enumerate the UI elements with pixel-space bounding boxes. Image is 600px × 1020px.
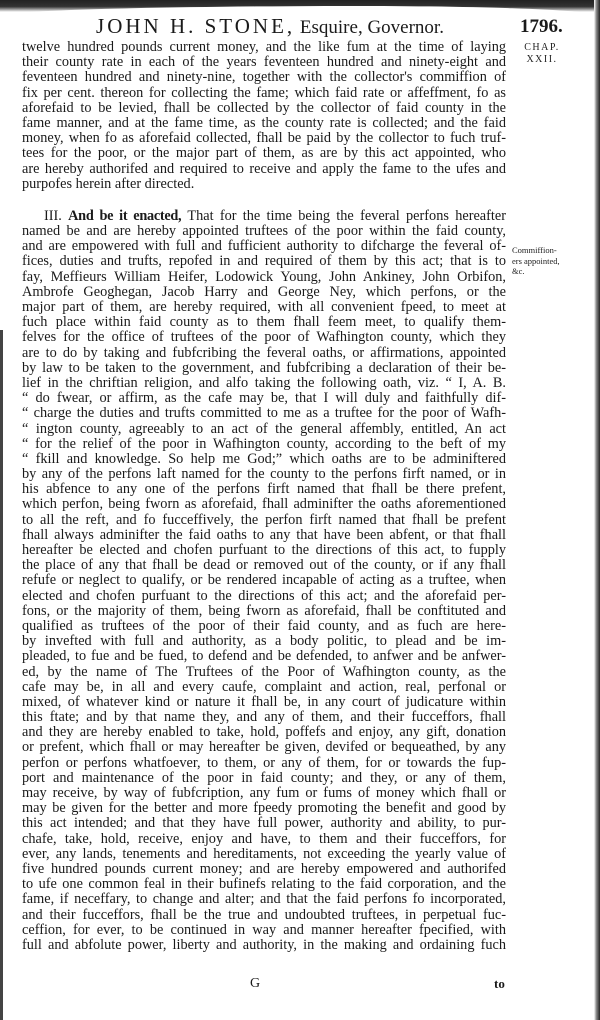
text-line: major part of them, are hereby required,… [22, 300, 506, 315]
text-line: “ for the relief of the poor in Wafhingt… [22, 437, 506, 452]
text-line: five hundred pounds current money; and a… [22, 862, 506, 877]
text-line: this ftate; and by that name they, and a… [22, 710, 506, 725]
text-line: full and abfolute power, liberty and aut… [22, 938, 506, 953]
text-line: port and maintenance of the poor in faid… [22, 771, 506, 786]
text-line: feventeen hundred and ninety-nine, toget… [22, 70, 506, 85]
section-opening-text: That for the time being the feveral perf… [181, 208, 506, 224]
text-line: fay, Meffieurs William Heifer, Lodowick … [22, 270, 506, 285]
text-line: lief in the chriftian religion, and alfo… [22, 376, 506, 391]
body-text: twelve hundred pounds current money, and… [22, 40, 506, 953]
text-line: may be given for the better and more fpe… [22, 801, 506, 816]
text-line: chafe, take, hold, receive, enjoy and ha… [22, 832, 506, 847]
text-line: “ charge the duties and trufts committed… [22, 406, 506, 421]
text-line: by any of the perfons laft named for the… [22, 467, 506, 482]
text-line: tees for the poor, or the major part of … [22, 146, 506, 161]
text-line: the place of any that fhall be dead or r… [22, 558, 506, 573]
text-line: mixed, of whatever kind or nature it fha… [22, 695, 506, 710]
text-line: money, when fo as aforefaid collected, f… [22, 131, 506, 146]
text-line: ceffion, for ever, to be continued in wa… [22, 923, 506, 938]
text-line: fices, duties and trufts, repofed in and… [22, 254, 506, 269]
text-line: by invefted with full and authority, as … [22, 634, 506, 649]
margin-note-line: Commiffion- [512, 245, 582, 256]
text-line: to ufe one common feal in their bufinefs… [22, 877, 506, 892]
text-line: refufe or neglect to qualify, or be rend… [22, 573, 506, 588]
text-line: ever, any lands, tenements and hereditam… [22, 847, 506, 862]
text-line: named be and are hereby appointed trufte… [22, 224, 506, 239]
text-line: “ do fwear, or affirm, as the cafe may b… [22, 391, 506, 406]
text-line: or prefent, which fhall or may hereafter… [22, 740, 506, 755]
page-year: 1796. [520, 16, 563, 38]
text-line: “ fkill and knowledge. So help me God;” … [22, 452, 506, 467]
section-opening-line: III. And be it enacted, That for the tim… [22, 209, 506, 224]
text-line: hereafter be elected and chofen purfuant… [22, 543, 506, 558]
page-header: JOHN H. STONE, Esquire, Governor. 1796. [0, 14, 600, 40]
text-line: and their fucceffors, fhall be the true … [22, 908, 506, 923]
text-line: this act intended; and that they have fu… [22, 816, 506, 831]
text-line: may receive, by way of fubfcription, any… [22, 786, 506, 801]
text-line: fix per cent. thereon for collecting the… [22, 86, 506, 101]
chapter-label: CHAP. [516, 42, 568, 54]
paragraph-2: III. And be it enacted, That for the tim… [22, 209, 506, 953]
scan-top-edge [0, 0, 600, 12]
text-line: and are empowered with full and fufficie… [22, 239, 506, 254]
scan-right-edge [594, 0, 600, 1020]
text-line: qualified as truftees of the poor of the… [22, 619, 506, 634]
text-line: his abfence to any one of the perfons fi… [22, 482, 506, 497]
margin-note-commissioners: Commiffion- ers appointed, &c. [512, 245, 582, 277]
text-line: twelve hundred pounds current money, and… [22, 40, 506, 55]
margin-note-line: &c. [512, 266, 582, 277]
text-line: are hereby authorifed and required to re… [22, 162, 506, 177]
catchword: to [494, 976, 505, 992]
running-head-name: JOHN H. STONE, [96, 14, 295, 38]
text-line: and they are hereby enabled to take, hol… [22, 725, 506, 740]
running-head: JOHN H. STONE, Esquire, Governor. [90, 14, 450, 39]
chapter-number: XXII. [516, 54, 568, 66]
text-line: fame manner, and at the fame time, as th… [22, 116, 506, 131]
text-line: aforefaid to be levied, fhall be collect… [22, 101, 506, 116]
text-line: by law to be taken to the government, an… [22, 361, 506, 376]
margin-note-line: ers appointed, [512, 256, 582, 267]
running-head-title: Esquire, Governor. [295, 17, 444, 38]
paragraph-1: twelve hundred pounds current money, and… [22, 40, 506, 192]
text-line: felves for the office of truftees of the… [22, 330, 506, 345]
text-line: to all the reft, and fo fucceffively, th… [22, 513, 506, 528]
text-line: pleaded, to fue and be fued, to defend a… [22, 649, 506, 664]
text-line: fuch place within faid county as to them… [22, 315, 506, 330]
text-line: their county rate in each of the years f… [22, 55, 506, 70]
text-line: are to do by taking and fubfcribing the … [22, 346, 506, 361]
signature-mark: G [250, 976, 260, 992]
paragraph-gap [22, 192, 506, 209]
text-line: elected and chofen purfuant to the direc… [22, 589, 506, 604]
margin-note-chapter: CHAP. XXII. [516, 42, 568, 66]
text-line: cafe may be, in all and every caufe, com… [22, 680, 506, 695]
text-line: which perfon, being fworn as aforefaid, … [22, 497, 506, 512]
text-line: “ ington county, agreeably to an act of … [22, 422, 506, 437]
text-line: purpofes herein after directed. [22, 177, 506, 192]
section-number: III. [44, 208, 62, 224]
text-line: Ambrofe Geoghegan, Jacob Harry and Georg… [22, 285, 506, 300]
text-line: perfon or perfons whatfoever, to them, o… [22, 756, 506, 771]
enacting-clause: And be it enacted, [68, 208, 181, 224]
scan-left-edge [0, 330, 3, 1020]
text-line: fame, if neceffary, to change and alter;… [22, 892, 506, 907]
text-line: ed, by the name of The Truftees of the P… [22, 665, 506, 680]
text-line: fons, or the majority of them, being fwo… [22, 604, 506, 619]
text-line: fhall always adminifter the faid oaths t… [22, 528, 506, 543]
